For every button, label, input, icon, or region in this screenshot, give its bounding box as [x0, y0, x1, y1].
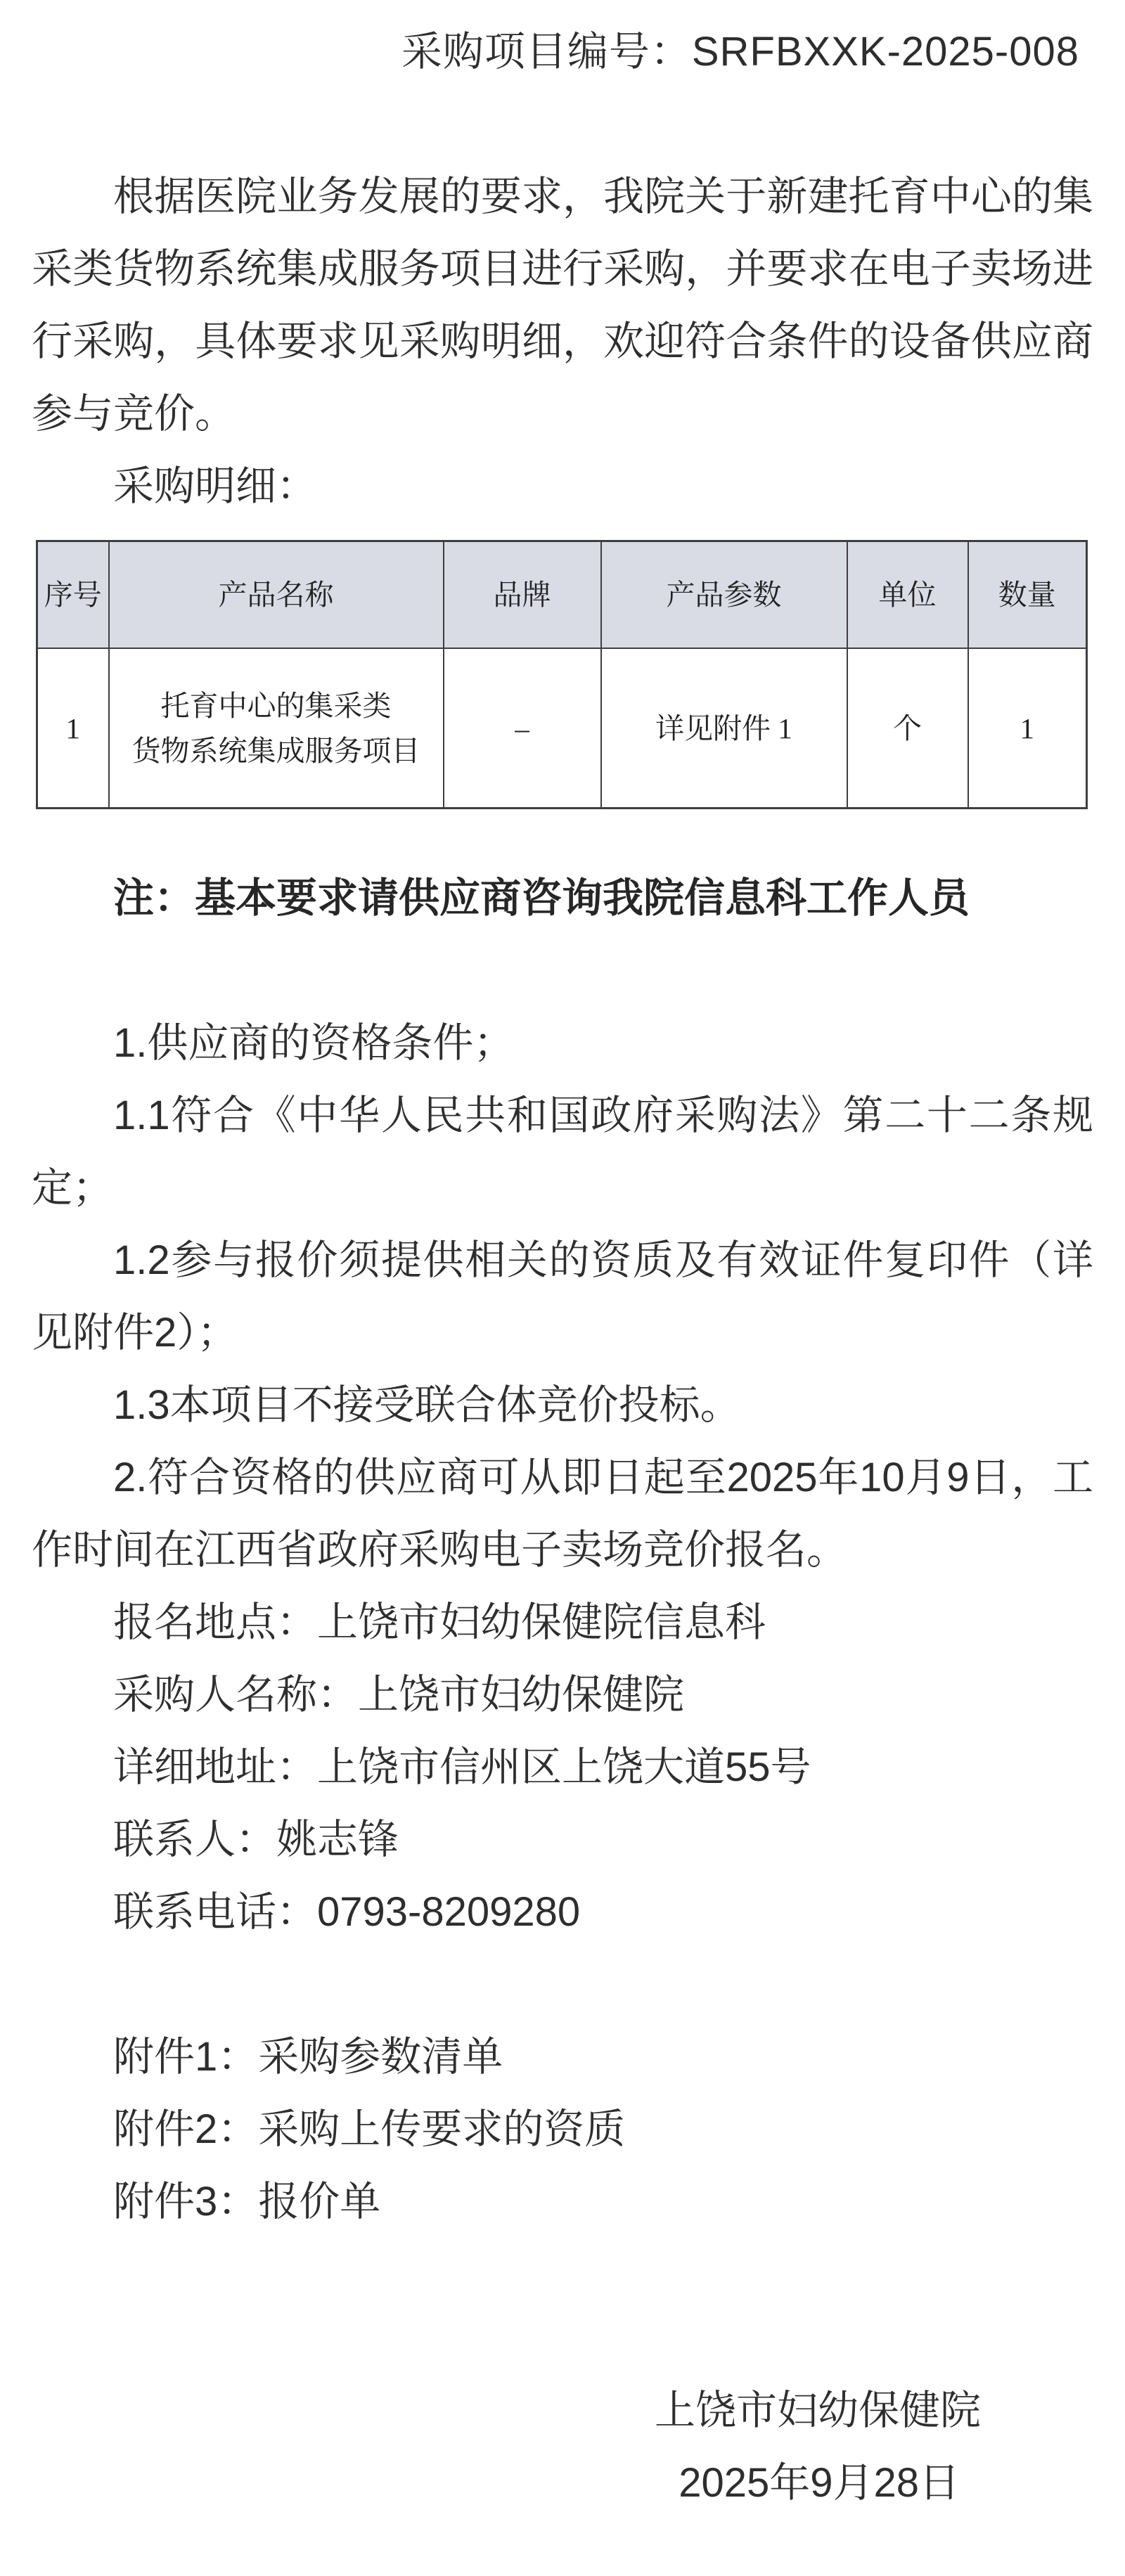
note-line: 注：基本要求请供应商咨询我院信息科工作人员: [32, 862, 1093, 934]
cell-product-name: 托育中心的集采类 货物系统集成服务项目: [109, 648, 444, 809]
clause-1-1: 1.1符合《中华人民共和国政府采购法》第二十二条规定；: [32, 1079, 1093, 1224]
col-header-name: 产品名称: [109, 541, 444, 649]
table-row: 1 托育中心的集采类 货物系统集成服务项目 – 详见附件 1 个 1: [37, 648, 1087, 809]
contact-person-line: 联系人：姚志锋: [32, 1803, 1093, 1876]
signature-date: 2025年9月28日: [32, 2447, 1093, 2519]
cell-brand: –: [444, 648, 601, 809]
table-header-row: 序号 产品名称 品牌 产品参数 单位 数量: [37, 541, 1087, 649]
contact-info-block: 报名地点：上饶市妇幼保健院信息科 采购人名称：上饶市妇幼保健院 详细地址：上饶市…: [32, 1586, 1093, 1948]
col-header-seq: 序号: [37, 541, 109, 649]
procurement-notice-document: 采购项目编号：SRFBXXK-2025-008 根据医院业务发展的要求，我院关于…: [0, 0, 1125, 2576]
signup-location-line: 报名地点：上饶市妇幼保健院信息科: [32, 1586, 1093, 1659]
col-header-params: 产品参数: [601, 541, 847, 649]
clause-1-3: 1.3本项目不接受联合体竞价投标。: [32, 1369, 1093, 1441]
clause-1: 1.供应商的资格条件；: [32, 1007, 1093, 1079]
attachments-block: 附件1：采购参数清单 附件2：采购上传要求的资质 附件3：报价单: [32, 2021, 1093, 2238]
clause-1-2: 1.2参与报价须提供相关的资质及有效证件复印件（详见附件2）；: [32, 1224, 1093, 1369]
address-line: 详细地址：上饶市信州区上饶大道55号: [32, 1731, 1093, 1803]
attachment-3-line: 附件3：报价单: [32, 2165, 1093, 2238]
cell-seq: 1: [37, 648, 109, 809]
qualification-clauses: 1.供应商的资格条件； 1.1符合《中华人民共和国政府采购法》第二十二条规定； …: [32, 1007, 1093, 1586]
col-header-qty: 数量: [968, 541, 1087, 649]
signature-block: 上饶市妇幼保健院 2025年9月28日: [32, 2374, 1093, 2519]
signature-org: 上饶市妇幼保健院: [32, 2374, 1093, 2447]
col-header-unit: 单位: [847, 541, 968, 649]
procurement-detail-table: 序号 产品名称 品牌 产品参数 单位 数量 1 托育中心的集采类 货物系统集成服…: [36, 540, 1088, 809]
cell-qty: 1: [968, 648, 1087, 809]
purchaser-name-line: 采购人名称：上饶市妇幼保健院: [32, 1659, 1093, 1731]
contact-phone-line: 联系电话：0793-8209280: [32, 1876, 1093, 1948]
cell-unit: 个: [847, 648, 968, 809]
col-header-brand: 品牌: [444, 541, 601, 649]
project-number-line: 采购项目编号：SRFBXXK-2025-008: [32, 15, 1093, 88]
clause-2: 2.符合资格的供应商可从即日起至2025年10月9日，工作时间在江西省政府采购电…: [32, 1441, 1093, 1586]
cell-params: 详见附件 1: [601, 648, 847, 809]
detail-label: 采购明细：: [32, 450, 1093, 522]
attachment-2-line: 附件2：采购上传要求的资质: [32, 2093, 1093, 2165]
intro-paragraph: 根据医院业务发展的要求，我院关于新建托育中心的集采类货物系统集成服务项目进行采购…: [32, 160, 1093, 450]
attachment-1-line: 附件1：采购参数清单: [32, 2021, 1093, 2093]
